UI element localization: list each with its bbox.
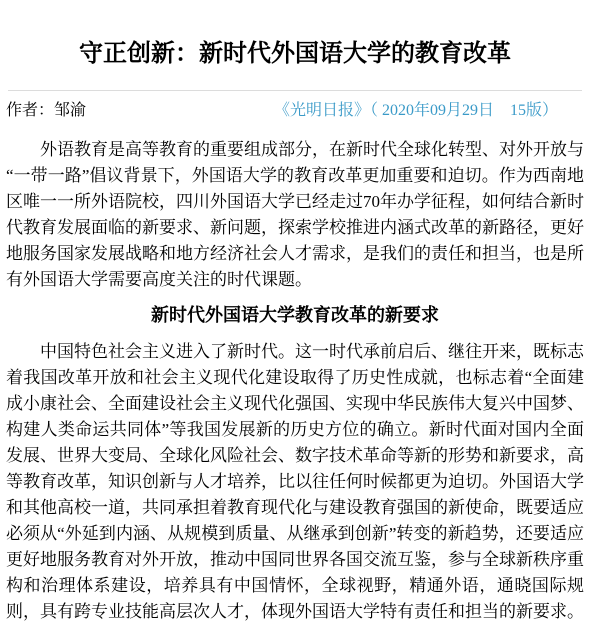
paragraph-intro: 外语教育是高等教育的重要组成部分，在新时代全球化转型、对外开放与“一带一路”倡议… bbox=[6, 137, 584, 293]
source-line: 《光明日报》（ 2020年09月29日 15版） bbox=[274, 101, 584, 121]
author-label: 作者：邹渝 bbox=[6, 101, 86, 121]
article-page: 守正创新：新时代外国语大学的教育改革 作者：邹渝 《光明日报》（ 2020年09… bbox=[0, 0, 594, 625]
paragraph-body: 中国特色社会主义进入了新时代。这一时代承前启后、继往开来，既标志着我国改革开放和… bbox=[6, 339, 584, 625]
section-heading: 新时代外国语大学教育改革的新要求 bbox=[6, 303, 584, 327]
header-divider bbox=[8, 90, 582, 91]
source-publication-link[interactable]: 《光明日报》 bbox=[274, 102, 370, 119]
page-title: 守正创新：新时代外国语大学的教育改革 bbox=[6, 0, 584, 69]
source-issue-date: （ 2020年09月29日 15版） bbox=[370, 102, 558, 119]
byline-row: 作者：邹渝 《光明日报》（ 2020年09月29日 15版） bbox=[6, 101, 584, 121]
